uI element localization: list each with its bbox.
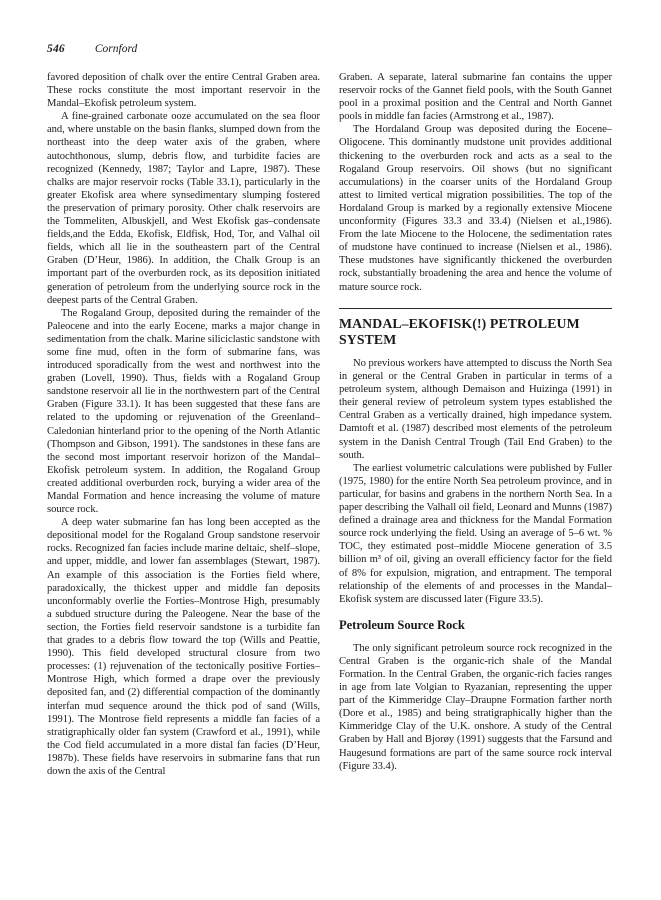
body-paragraph: favored deposition of chalk over the ent… bbox=[47, 71, 320, 110]
body-paragraph: The earliest volumetric calculations wer… bbox=[339, 462, 612, 606]
document-page: 546Cornford favored deposition of chalk … bbox=[0, 0, 661, 900]
body-paragraph: No previous workers have attempted to di… bbox=[339, 357, 612, 462]
body-paragraph: The Hordaland Group was deposited during… bbox=[339, 123, 612, 293]
section-heading: MANDAL–EKOFISK(!) PETROLEUM SYSTEM bbox=[339, 316, 612, 348]
running-head: Cornford bbox=[95, 43, 137, 55]
left-column: favored deposition of chalk over the ent… bbox=[47, 71, 320, 778]
body-paragraph: The only significant petroleum source ro… bbox=[339, 642, 612, 773]
body-paragraph: A fine-grained carbonate ooze accumulate… bbox=[47, 110, 320, 306]
body-paragraph: Graben. A separate, lateral submarine fa… bbox=[339, 71, 612, 123]
right-column: Graben. A separate, lateral submarine fa… bbox=[339, 71, 612, 778]
subsection-heading: Petroleum Source Rock bbox=[339, 618, 612, 633]
body-paragraph: A deep water submarine fan has long been… bbox=[47, 516, 320, 778]
body-paragraph: The Rogaland Group, deposited during the… bbox=[47, 307, 320, 517]
page-number: 546 bbox=[47, 43, 65, 55]
page-header: 546Cornford bbox=[47, 43, 615, 56]
text-columns: favored deposition of chalk over the ent… bbox=[47, 71, 612, 778]
section-divider-rule bbox=[339, 308, 612, 309]
